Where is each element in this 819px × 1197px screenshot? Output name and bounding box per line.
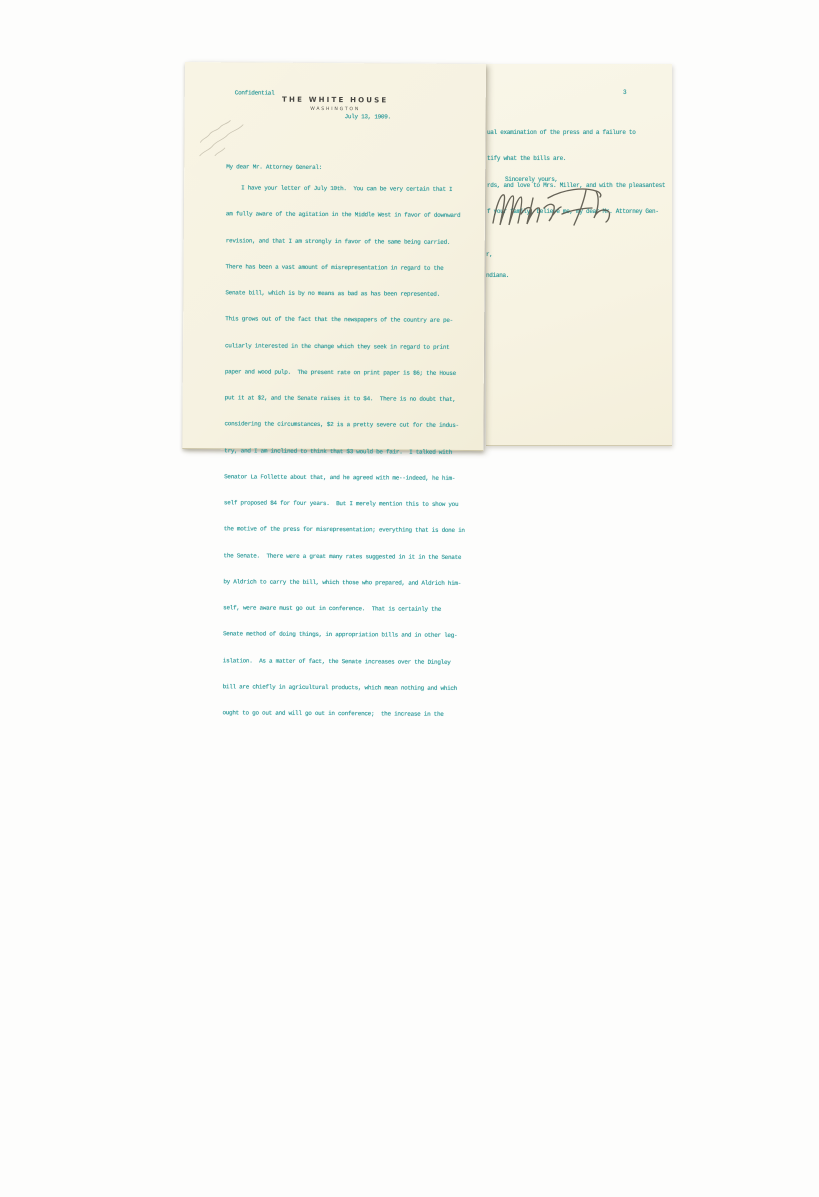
typed-line: ought to go out and will go out in confe… bbox=[222, 707, 460, 721]
letterhead-line1: THE WHITE HOUSE bbox=[185, 95, 486, 105]
typed-line: ual examination of the press and a failu… bbox=[487, 127, 665, 139]
typed-line: am fully aware of the agitation in the M… bbox=[226, 209, 464, 223]
typed-line: put it at $2, and the Senate raises it t… bbox=[225, 392, 463, 406]
typed-line: islation. As a matter of fact, the Senat… bbox=[223, 655, 461, 669]
typed-line: tify what the bills are. bbox=[487, 153, 665, 165]
typed-line: self, were aware must go out in conferen… bbox=[223, 602, 461, 616]
typed-line: bill are chiefly in agricultural product… bbox=[223, 681, 461, 695]
typed-line: I have your letter of July 10th. You can… bbox=[226, 182, 464, 196]
typed-line: by Aldrich to carry the bill, which thos… bbox=[223, 576, 461, 590]
typed-line: paper and wood pulp. The present rate on… bbox=[225, 366, 463, 380]
page-number: 3 bbox=[623, 89, 626, 96]
typed-line: There has been a vast amount of misrepre… bbox=[226, 261, 464, 275]
date-line: July 13, 1909. bbox=[345, 113, 391, 120]
pencil-scribble-icon bbox=[188, 114, 260, 161]
signature-script bbox=[488, 184, 618, 232]
typed-line: This grows out of the fact that the news… bbox=[225, 314, 463, 328]
letter-body: I have your letter of July 10th. You can… bbox=[222, 168, 464, 735]
typed-line: self proposed $4 for four years. But I m… bbox=[224, 497, 462, 511]
typed-line: ndiana. bbox=[486, 272, 509, 279]
white-house-letterhead: THE WHITE HOUSE WASHINGTON bbox=[185, 95, 486, 113]
typed-line: considering the circumstances, $2 is a p… bbox=[224, 419, 462, 433]
typed-line: try, and I am inclined to think that $3 … bbox=[224, 445, 462, 459]
letter-page-1: Confidential THE WHITE HOUSE WASHINGTON … bbox=[182, 62, 486, 451]
taft-signature bbox=[488, 184, 618, 232]
typed-line: culiarly interested in the change which … bbox=[225, 340, 463, 354]
typed-line: the motive of the press for misrepresent… bbox=[224, 524, 462, 538]
typed-line: revision, and that I am strongly in favo… bbox=[226, 235, 464, 249]
closing-line: Sincerely yours, bbox=[505, 176, 558, 183]
typed-line: Senate bill, which is by no means as bad… bbox=[225, 287, 463, 301]
typed-line: Senator La Follette about that, and he a… bbox=[224, 471, 462, 485]
typed-line: the Senate. There were a great many rate… bbox=[224, 550, 462, 564]
typed-line: Senate method of doing things, in approp… bbox=[223, 629, 461, 643]
recipient-address-fragment: r, ndiana. bbox=[486, 237, 509, 293]
scanned-letter: 3 ual examination of the press and a fai… bbox=[0, 0, 819, 1197]
letterhead-line2: WASHINGTON bbox=[185, 105, 486, 112]
pencil-annotation bbox=[188, 114, 260, 161]
letter-page-2: 3 ual examination of the press and a fai… bbox=[486, 64, 672, 446]
typed-line: r, bbox=[486, 251, 509, 258]
